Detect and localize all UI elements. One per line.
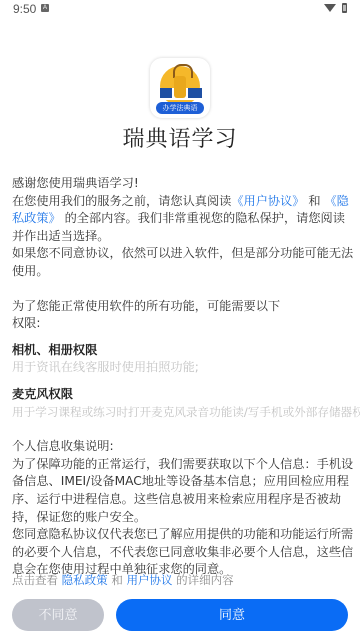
- status-bar: 9:50 A: [0, 0, 360, 18]
- footer-note: 点击查看 隐私政策 和 用户协议 的详细内容: [12, 572, 234, 588]
- footer-user-agreement-link[interactable]: 用户协议: [126, 573, 172, 587]
- permissions-intro-line2: 权限:: [12, 315, 354, 333]
- footer-privacy-link[interactable]: 隐私政策: [62, 573, 108, 587]
- permission-microphone-desc: 用于学习课程或练习时打开麦克风录音功能读/写手机或外部存储器权限: [12, 404, 354, 422]
- permissions-intro: 为了您能正常使用软件的所有功能，可能需要以下: [12, 298, 354, 316]
- intro-and: 和: [308, 194, 320, 208]
- footer-post: 的详细内容: [176, 573, 234, 587]
- personal-info-para2: 您同意隐私协议仅代表您已了解应用提供的功能和功能运行所需的必要个人信息，不代表您…: [12, 526, 354, 579]
- app-title: 瑞典语学习: [0, 122, 360, 153]
- footer-and: 和: [111, 573, 123, 587]
- personal-info-para1: 为了保障功能的正常运行，我们需要获取以下个人信息：手机设备信息、IMEI/设备M…: [12, 456, 354, 526]
- agree-button[interactable]: 同意: [116, 599, 348, 631]
- user-agreement-link[interactable]: 《用户协议》: [231, 194, 304, 208]
- permission-microphone-title: 麦克风权限: [12, 386, 354, 404]
- disagree-button[interactable]: 不同意: [12, 599, 104, 631]
- intro-paragraph: 在您使用我们的服务之前，请您认真阅读《用户协议》 和 《隐私政策》 的全部内容。…: [12, 193, 354, 246]
- permission-camera-title: 相机、相册权限: [12, 342, 354, 360]
- notification-icon: A: [41, 4, 49, 12]
- app-logo: 办学法典语: [150, 58, 210, 118]
- privacy-content: 感谢您使用瑞典语学习! 在您使用我们的服务之前，请您认真阅读《用户协议》 和 《…: [12, 175, 354, 579]
- battery-icon: [342, 3, 347, 13]
- intro-thanks: 感谢您使用瑞典语学习!: [12, 175, 354, 193]
- intro-text-pre: 在您使用我们的服务之前，请您认真阅读: [12, 194, 231, 208]
- wifi-icon: [324, 4, 336, 12]
- status-time: 9:50: [13, 2, 36, 16]
- permission-camera-desc: 用于资讯在线客服时使用拍照功能;: [12, 359, 354, 377]
- personal-info-heading: 个人信息收集说明:: [12, 438, 354, 456]
- intro-disagree-note: 如果您不同意协议，依然可以进入软件，但是部分功能可能无法使用。: [12, 245, 354, 280]
- footer-pre: 点击查看: [12, 573, 58, 587]
- logo-deer-icon: [174, 76, 186, 98]
- logo-block-left: [160, 88, 172, 98]
- logo-ribbon: 办学法典语: [156, 102, 204, 114]
- intro-text-post: 的全部内容。我们非常重视您的隐私保护，请您阅读并作出适当选择。: [12, 211, 345, 243]
- logo-block-right: [188, 88, 202, 98]
